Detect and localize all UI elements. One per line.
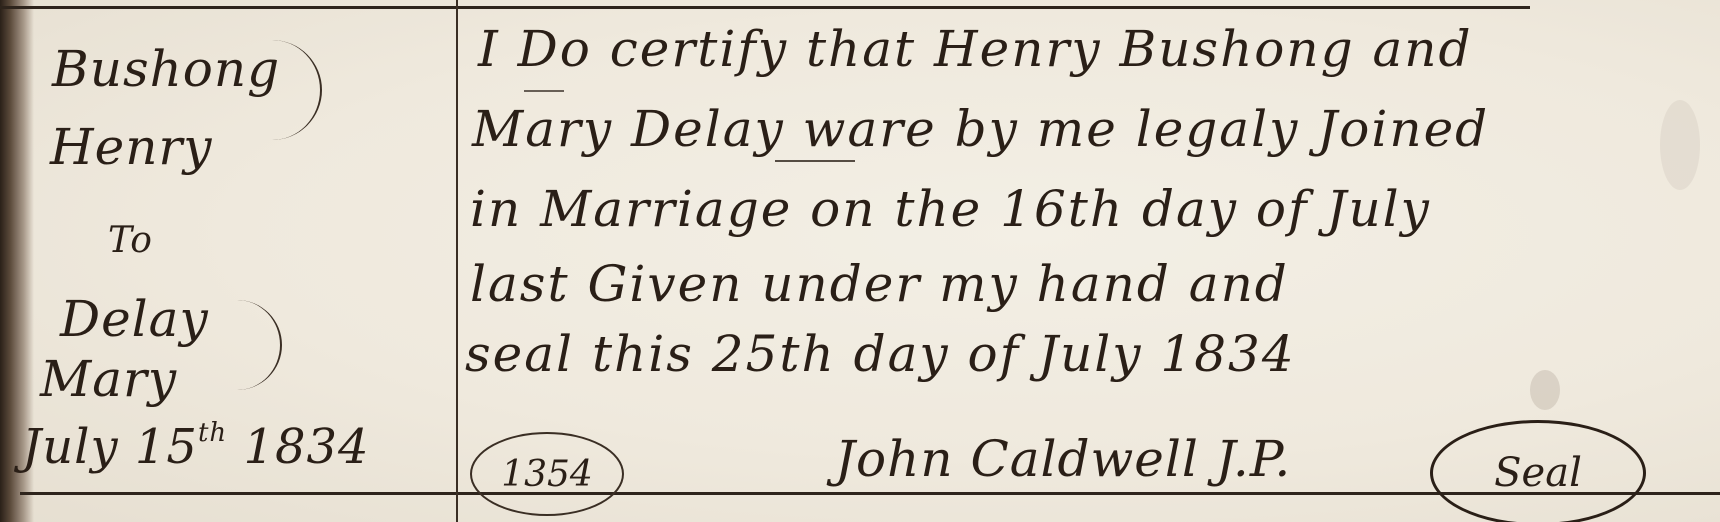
groom-bracket — [210, 40, 322, 140]
officiant-signature: John Caldwell J.P. — [835, 430, 1291, 488]
groom-given-name: Henry — [50, 118, 213, 176]
certificate-line-1: I Do certify that Henry Bushong and — [478, 20, 1473, 78]
entry-number: 1354 — [501, 454, 593, 495]
column-divider — [456, 0, 458, 522]
date-day: 15 — [135, 419, 198, 475]
connector-to: To — [108, 220, 153, 261]
certificate-line-4: last Given under my hand and — [470, 255, 1289, 313]
bride-given-name: Mary — [40, 350, 177, 408]
underline-ware — [775, 160, 855, 162]
top-rule-line — [0, 6, 1530, 9]
underline-do — [524, 90, 564, 92]
date-month: July — [22, 419, 119, 475]
marriage-date: July 15th 1834 — [22, 418, 370, 475]
register-page: Bushong Henry To Delay Mary July 15th 18… — [0, 0, 1720, 522]
paper-stain — [1660, 100, 1700, 190]
date-year: 1834 — [243, 419, 369, 475]
seal-label: Seal — [1494, 450, 1582, 496]
certificate-line-3: in Marriage on the 16th day of July — [470, 180, 1431, 238]
entry-number-circle: 1354 — [470, 432, 624, 516]
date-suffix: th — [198, 418, 227, 448]
certificate-line-5: seal this 25th day of July 1834 — [465, 325, 1296, 383]
paper-stain — [1530, 370, 1560, 410]
certificate-line-2: Mary Delay ware by me legaly Joined — [472, 100, 1489, 158]
bride-bracket — [180, 300, 282, 390]
seal-mark: Seal — [1430, 420, 1646, 522]
